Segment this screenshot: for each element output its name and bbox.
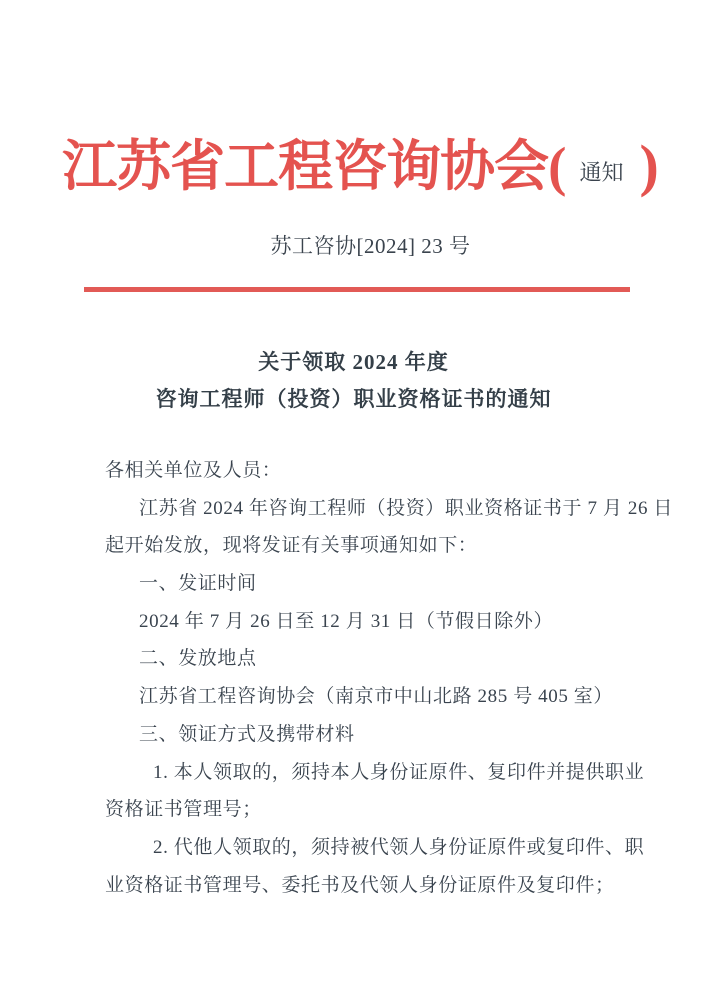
body-line-salutation: 各相关单位及人员： bbox=[105, 452, 625, 490]
notice-type-label: 通知 bbox=[579, 162, 623, 184]
notice-title: 关于领取 2024 年度 咨询工程师（投资）职业资格证书的通知 bbox=[0, 344, 707, 418]
notice-document: 江苏省工程咨询协会( 通知 ) 苏工咨协[2024] 23 号 关于领取 202… bbox=[0, 0, 707, 1000]
body-line-item2-part1: 2. 代他人领取的，须持被代领人身份证原件或复印件、职 bbox=[105, 829, 625, 867]
body-line-intro-2: 起开始发放，现将发证有关事项通知如下： bbox=[105, 527, 625, 565]
letterhead: 江苏省工程咨询协会( 通知 ) bbox=[0, 128, 707, 204]
document-number: 苏工咨协[2024] 23 号 bbox=[0, 230, 707, 260]
body-line-item2-part2: 业资格证书管理号、委托书及代领人身份证原件及复印件； bbox=[105, 867, 625, 905]
body-line-item1-part2: 资格证书管理号； bbox=[105, 791, 625, 829]
org-name-text: 江苏省工程咨询协会( bbox=[62, 139, 565, 194]
red-divider-line bbox=[84, 287, 630, 292]
body-line-section2-head: 二、发放地点 bbox=[105, 640, 625, 678]
body-line-section2-text: 江苏省工程咨询协会（南京市中山北路 285 号 405 室） bbox=[105, 678, 625, 716]
body-line-section3-head: 三、领证方式及携带材料 bbox=[105, 716, 625, 754]
body-line-item1-part1: 1. 本人领取的，须持本人身份证原件、复印件并提供职业 bbox=[105, 754, 625, 792]
notice-body: 各相关单位及人员： 江苏省 2024 年咨询工程师（投资）职业资格证书于 7 月… bbox=[105, 452, 625, 904]
notice-title-line2: 咨询工程师（投资）职业资格证书的通知 bbox=[0, 381, 707, 418]
closing-paren-text: ) bbox=[640, 137, 659, 195]
notice-title-line1: 关于领取 2024 年度 bbox=[0, 344, 707, 381]
body-line-section1-head: 一、发证时间 bbox=[105, 565, 625, 603]
body-line-intro-1: 江苏省 2024 年咨询工程师（投资）职业资格证书于 7 月 26 日 bbox=[105, 490, 625, 528]
body-line-section1-text: 2024 年 7 月 26 日至 12 月 31 日（节假日除外） bbox=[105, 603, 625, 641]
